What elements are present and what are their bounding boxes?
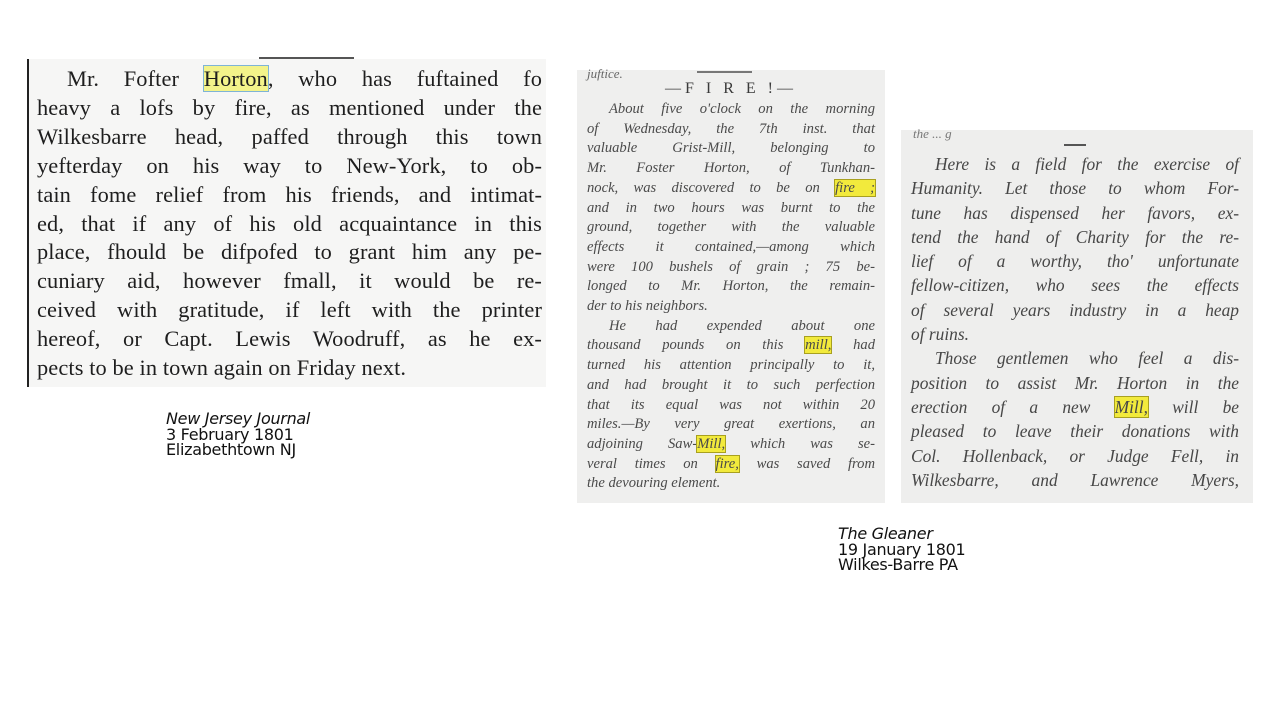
clipping-line: turned his attention principally to it, [587,356,875,376]
clipping-line: About five o'clock on the morning [587,100,875,120]
clipping-line: of Wednesday, the 7th inst. that [587,120,875,140]
clipping-line: Col. Hollenback, or Judge Fell, in [911,444,1239,468]
clipping-line: Those gentlemen who feel a dis- [911,346,1239,370]
clipping-new-jersey-journal: Mr. Fofter Horton, who has fuftained fo … [27,59,546,387]
clipping-line: pects to be in town again on Friday next… [37,354,542,383]
column-rule [697,71,752,73]
clipping-line: Wilkesbarre, and Lawrence Myers, [911,468,1239,492]
clipping-line: of several years industry in a heap [911,298,1239,322]
highlight-fire: fire ; [835,180,875,196]
highlight-fire: fire, [716,456,739,472]
highlight-mill: Mill, [1115,397,1148,417]
clipping-line: were 100 bushels of grain ; 75 be- [587,258,875,278]
clipping-line: He had expended about one [587,317,875,337]
clipping-line: heavy a lofs by fire, as mentioned under… [37,94,542,123]
section-divider [1064,144,1086,146]
cutoff-text: the ... g [913,122,952,146]
clipping-line: yefterday on his way to New-York, to ob- [37,152,542,181]
clipping-line: fellow-citizen, who sees the effects [911,273,1239,297]
clipping-line: tune has dispensed her favors, ex- [911,201,1239,225]
clipping-line: tend the hand of Charity for the re- [911,225,1239,249]
clipping-line: pleased to leave their donations with [911,419,1239,443]
caption-place: Elizabethtown NJ [166,442,310,458]
clipping-line: veral times on fire, was saved from [587,455,875,475]
caption-the-gleaner: The Gleaner 19 January 1801 Wilkes-Barre… [838,526,965,573]
clipping-line: Wilkesbarre head, paffed through this to… [37,123,542,152]
clipping-line: and had brought it to such perfection [587,376,875,396]
clipping-line: Here is a field for the exercise of [911,152,1239,176]
clipping-line: ground, together with the valuable [587,218,875,238]
clipping-line: ceived with gratitude, if left with the … [37,296,542,325]
column-rule [259,57,354,59]
clipping-line: Humanity. Let those to whom For- [911,176,1239,200]
clipping-line: valuable Grist-Mill, belonging to [587,139,875,159]
clipping-line: Mr. Fofter Horton, who has fuftained fo [37,65,542,94]
clipping-line: position to assist Mr. Horton in the [911,371,1239,395]
clipping-line: miles.—By very great exertions, an [587,415,875,435]
clipping-line: cuniary aid, however fmall, it would be … [37,267,542,296]
clipping-line: nock, was discovered to be on fire ; [587,179,875,199]
clipping-line: longed to Mr. Horton, the remain- [587,277,875,297]
clipping-line: tain fome relief from his friends, and i… [37,181,542,210]
caption-new-jersey-journal: New Jersey Journal 3 February 1801 Eliza… [166,411,310,458]
cutoff-text: juftice. [587,64,623,84]
clipping-line: lief of a worthy, tho' unfortunate [911,249,1239,273]
clipping-line: ed, that if any of his old acquaintance … [37,210,542,239]
clipping-line: that its equal was not within 20 [587,396,875,416]
clipping-line: adjoining Saw-Mill, which was se- [587,435,875,455]
caption-place: Wilkes-Barre PA [838,557,965,573]
article-heading: —F I R E !— [587,78,875,100]
highlight-mill: Mill, [697,436,725,452]
clipping-line: place, fhould be difpofed to grant him a… [37,238,542,267]
clipping-line: effects it contained,—among which [587,238,875,258]
highlight-horton: Horton [204,66,268,91]
clipping-line: hereof, or Capt. Lewis Woodruff, as he e… [37,325,542,354]
clipping-line: thousand pounds on this mill, had [587,336,875,356]
clipping-line: and in two hours was burnt to the [587,199,875,219]
clipping-line: of ruins. [911,322,1239,346]
clipping-line: the devouring element. [587,474,875,494]
clipping-line: erection of a new Mill, will be [911,395,1239,419]
clipping-gleaner-fire: juftice. —F I R E !— About five o'clock … [577,70,885,503]
highlight-mill: mill, [805,337,831,353]
clipping-line: Mr. Foster Horton, of Tunkhan- [587,159,875,179]
clipping-line: der to his neighbors. [587,297,875,317]
clipping-gleaner-appeal: the ... g Here is a field for the exerci… [901,130,1253,503]
